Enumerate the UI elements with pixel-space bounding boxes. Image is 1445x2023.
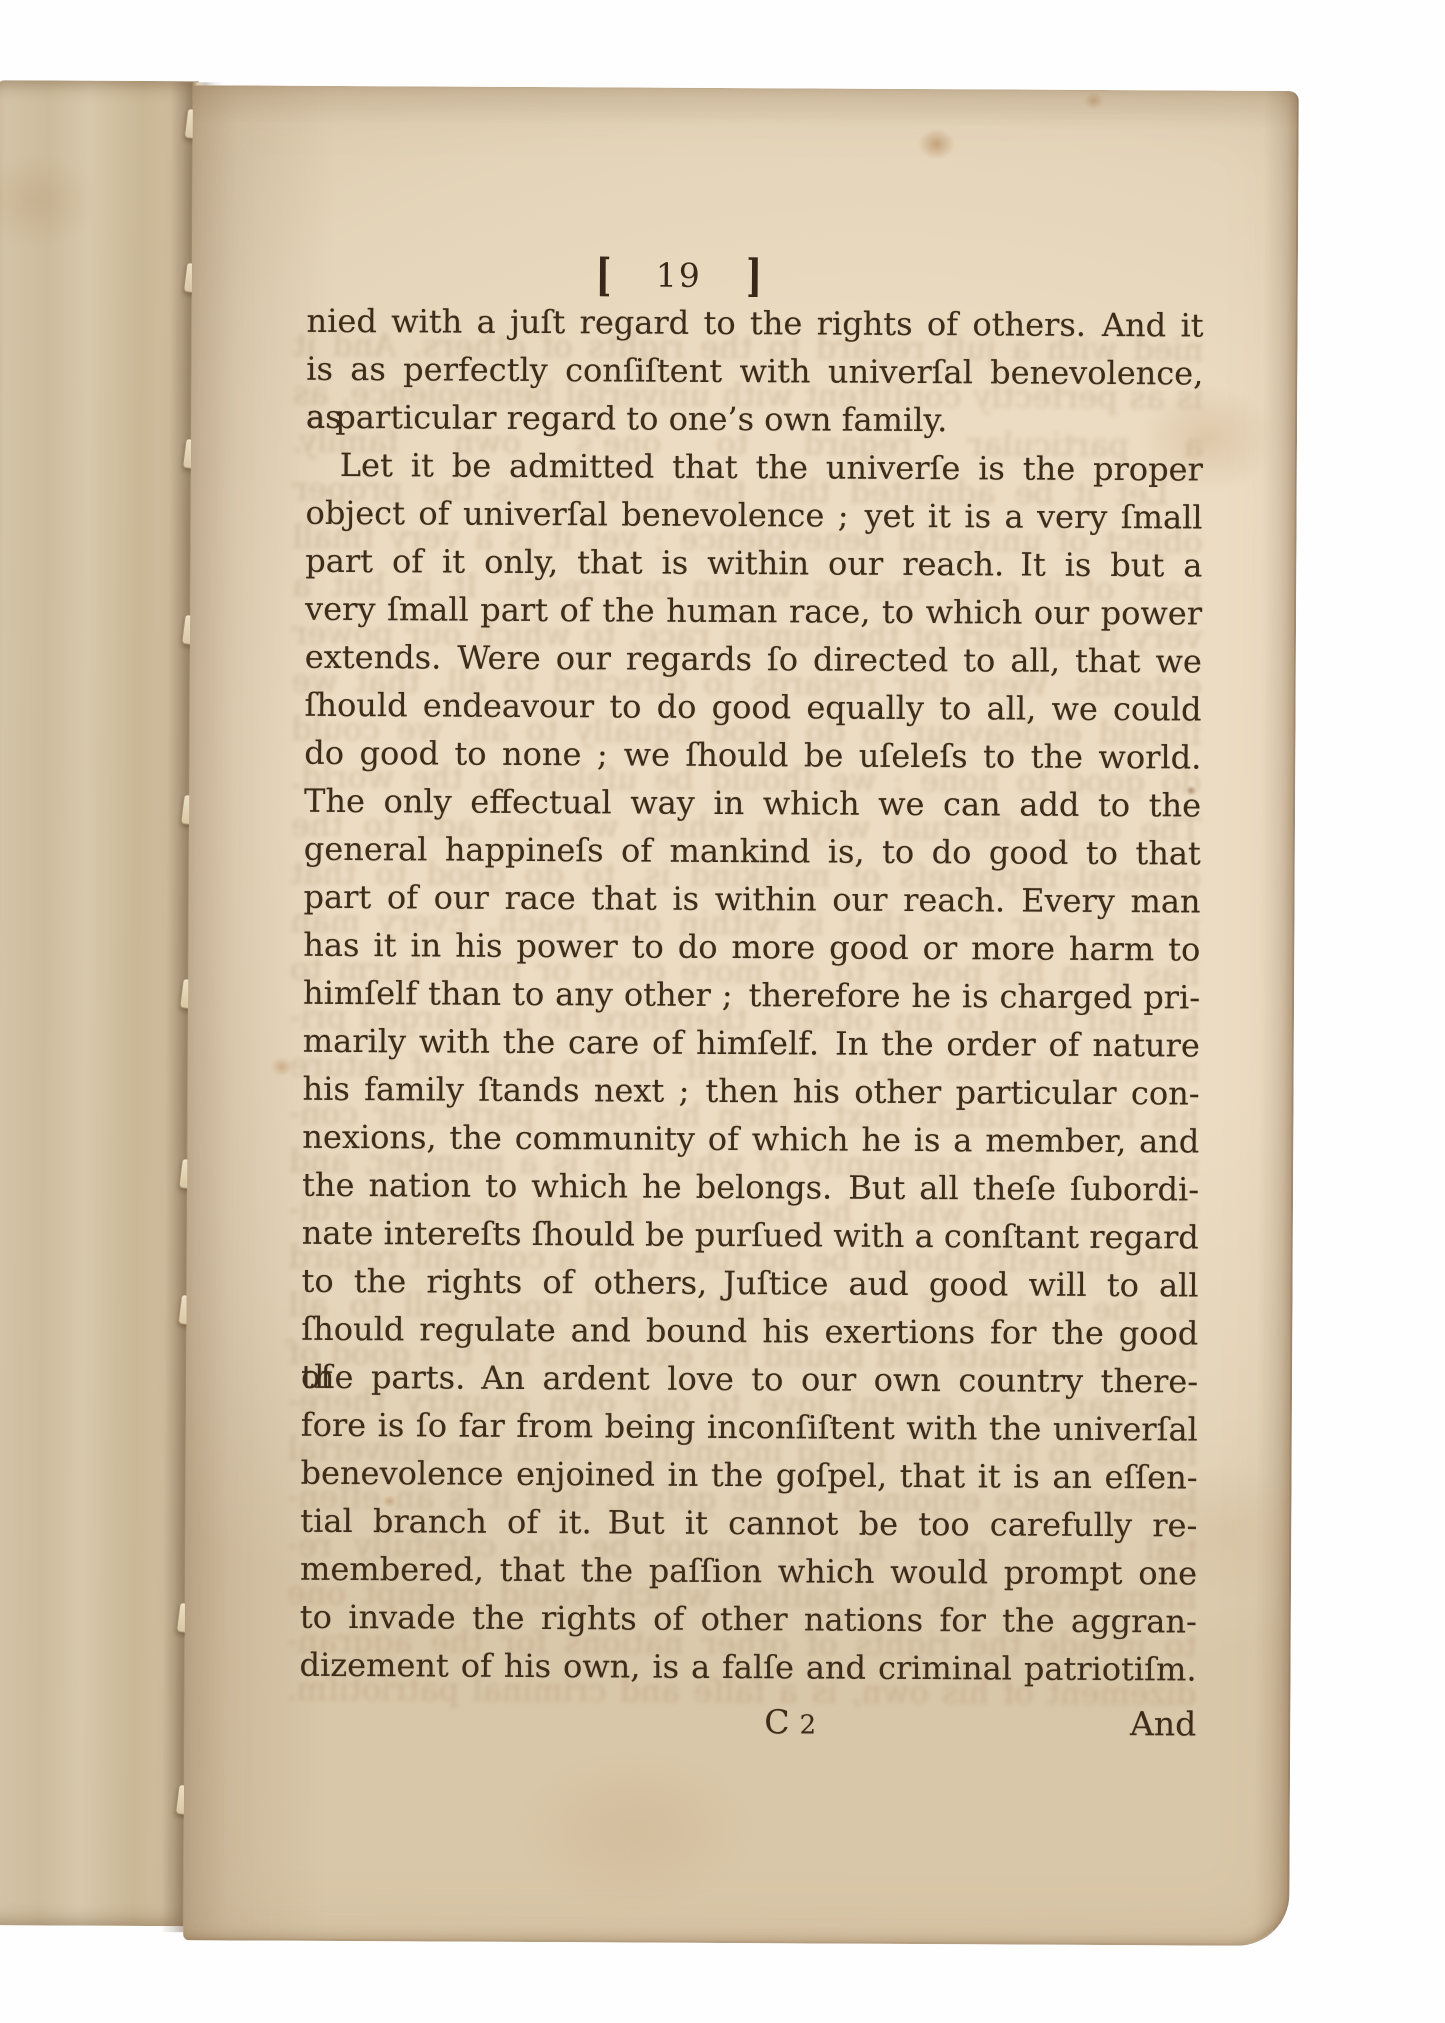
text-line: nied with a juſt regard to the rights of… [306,297,1203,350]
text-line: part of it only, that is within our reac… [305,537,1202,590]
text-line: to the rights of others, Juſtice aud goo… [301,1257,1198,1310]
text-line: marily with the care of himſelf. In the … [303,1017,1200,1070]
text-line: The only effectual way in which we can a… [304,777,1201,830]
text-line: do good to none ; we ſhould be uſeleſs t… [304,729,1201,782]
text-line: the parts. An ardent love to our own cou… [301,1353,1198,1406]
text-line: nexions, the community of which he is a … [302,1113,1199,1166]
text-line: nate intereſts ſhould be purſued with a … [302,1209,1199,1262]
text-line: Let it be admitted that the univerſe is … [306,441,1203,494]
signature-line: C2 And [299,1700,1196,1757]
signature-numeral: 2 [799,1710,816,1740]
text-line: benevolence enjoined in the goſpel, that… [300,1449,1197,1502]
text-line: has it in his power to do more good or m… [303,921,1200,974]
page-number: [ 19 ] [596,249,762,300]
folio-bracket-left: [ [596,248,612,301]
page-text: nied with a juſt regard to the rights of… [299,297,1203,1694]
signature-mark: C2 [764,1702,816,1741]
text-line: object of univerſal benevolence ; yet it… [305,489,1202,542]
text-line: the nation to which he belongs. But all … [302,1161,1199,1214]
text-line: his family ſtands next ; then his other … [302,1065,1199,1118]
text-line: very ſmall part of the human race, to wh… [305,585,1202,638]
text-line: fore is ſo far from being inconſiſtent w… [301,1401,1198,1454]
catchword: And [1130,1704,1196,1743]
text-line: to invade the rights of other nations fo… [300,1593,1197,1646]
text-line: himſelf than to any other ; therefore he… [303,969,1200,1022]
folio-number: 19 [656,255,702,294]
open-book: nied with a juſt regard to the rights of… [0,0,1445,2023]
text-line: extends. Were our regards ſo directed to… [305,633,1202,686]
text-line: ſhould regulate and bound his exertions … [301,1305,1198,1358]
text-line: a particular regard to one’s own family. [306,393,1203,446]
text-line: dizement of his own, is a falſe and crim… [299,1641,1196,1694]
text-line: general happineſs of mankind is, to do g… [304,825,1201,878]
text-line: part of our race that is within our reac… [303,873,1200,926]
book-photo: nied with a juſt regard to the rights of… [0,0,1445,2023]
signature-letter: C [764,1702,789,1741]
folio-bracket-right: ] [746,249,762,302]
text-line: membered, that the paſſion which would p… [300,1545,1197,1598]
text-line: is as perfectly conſiſtent with univerſa… [306,345,1203,398]
text-line: tial branch of it. But it cannot be too … [300,1497,1197,1550]
text-line: ſhould endeavour to do good equally to a… [304,681,1201,734]
